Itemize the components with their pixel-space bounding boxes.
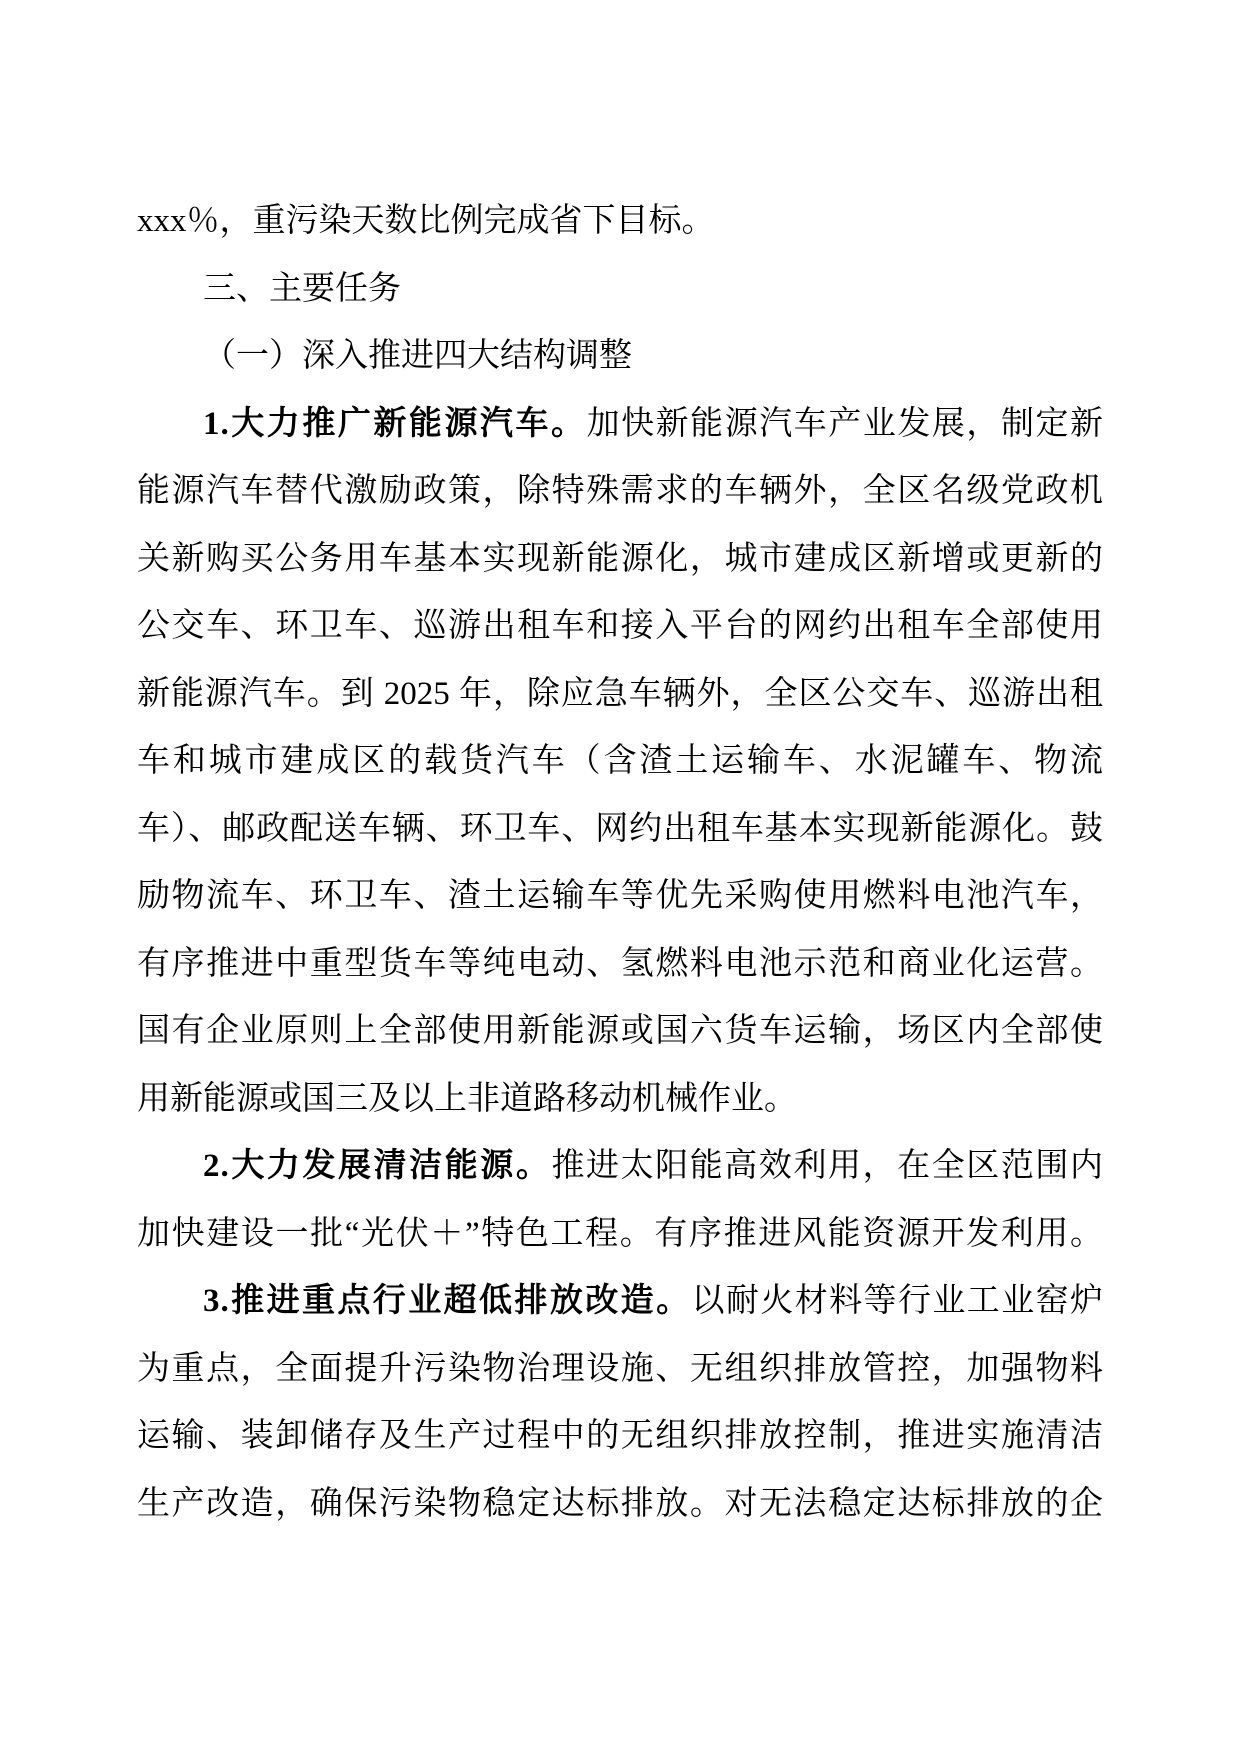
text-line: 加快建设一批“光伏＋”特色工程。有序推进风能资源开发利用。 — [137, 1201, 1103, 1269]
text-line: 国有企业原则上全部使用新能源或国六货车运输，场区内全部使 — [137, 998, 1103, 1066]
text-line: 新能源汽车。到 2025 年，除应急车辆外，全区公交车、巡游出租 — [137, 661, 1103, 729]
body-text: 能源汽车替代激励政策，除特殊需求的车辆外，全区名级党政机 — [137, 473, 1103, 509]
text-line: 公交车、环卫车、巡游出租车和接入平台的网约出租车全部使用 — [137, 593, 1103, 661]
body-text: 生产改造，确保污染物稳定达标排放。对无法稳定达标排放的企 — [137, 1486, 1103, 1522]
text-line: 车和城市建成区的载货汽车（含渣土运输车、水泥罐车、物流 — [137, 728, 1103, 796]
body-text: 国有企业原则上全部使用新能源或国六货车运输，场区内全部使 — [137, 1013, 1103, 1049]
body-text: 推进太阳能高效利用，在全区范围内 — [551, 1148, 1103, 1184]
body-text: 有序推进中重型货车等纯电动、氢燃料电池示范和商业化运营。 — [137, 946, 1103, 982]
text-line: 励物流车、环卫车、渣土运输车等优先采购使用燃料电池汽车， — [137, 863, 1103, 931]
body-text: 车和城市建成区的载货汽车（含渣土运输车、水泥罐车、物流 — [137, 743, 1103, 779]
body-text: xxx％，重污染天数比例完成省下目标。 — [137, 203, 715, 239]
body-text: 关新购买公务用车基本实现新能源化，城市建成区新增或更新的 — [137, 541, 1103, 577]
body-text: 三、主要任务 — [203, 271, 401, 307]
text-line: 车）、邮政配送车辆、环卫车、网约出租车基本实现新能源化。鼓 — [137, 796, 1103, 864]
body-text: 用新能源或国三及以上非道路移动机械作业。 — [137, 1081, 797, 1117]
body-text: 励物流车、环卫车、渣土运输车等优先采购使用燃料电池汽车， — [137, 878, 1103, 914]
text-line: 2.大力发展清洁能源。推进太阳能高效利用，在全区范围内 — [137, 1133, 1103, 1201]
text-line: 运输、装卸储存及生产过程中的无组织排放控制，推进实施清洁 — [137, 1403, 1103, 1471]
document-body: xxx％，重污染天数比例完成省下目标。 三、主要任务 （一）深入推进四大结构调整… — [137, 188, 1103, 1538]
paragraph-heading-bold: 2.大力发展清洁能源。 — [203, 1148, 551, 1184]
body-text: 车）、邮政配送车辆、环卫车、网约出租车基本实现新能源化。鼓 — [137, 811, 1103, 847]
body-text: （一）深入推进四大结构调整 — [203, 338, 632, 374]
paragraph-heading-bold: 3.推进重点行业超低排放改造。 — [203, 1283, 692, 1319]
text-line: （一）深入推进四大结构调整 — [137, 323, 1103, 391]
body-text: 加快新能源汽车产业发展，制定新 — [587, 406, 1103, 442]
text-line: 能源汽车替代激励政策，除特殊需求的车辆外，全区名级党政机 — [137, 458, 1103, 526]
body-text: 新能源汽车。到 2025 年，除应急车辆外，全区公交车、巡游出租 — [137, 676, 1103, 712]
text-line: 为重点，全面提升污染物治理设施、无组织排放管控，加强物料 — [137, 1336, 1103, 1404]
text-line: 用新能源或国三及以上非道路移动机械作业。 — [137, 1066, 1103, 1134]
body-text: 运输、装卸储存及生产过程中的无组织排放控制，推进实施清洁 — [137, 1418, 1103, 1454]
text-line: 生产改造，确保污染物稳定达标排放。对无法稳定达标排放的企 — [137, 1471, 1103, 1539]
text-line: 3.推进重点行业超低排放改造。以耐火材料等行业工业窑炉 — [137, 1268, 1103, 1336]
body-text: 为重点，全面提升污染物治理设施、无组织排放管控，加强物料 — [137, 1351, 1103, 1387]
text-line: 1.大力推广新能源汽车。加快新能源汽车产业发展，制定新 — [137, 391, 1103, 459]
body-text: 公交车、环卫车、巡游出租车和接入平台的网约出租车全部使用 — [137, 608, 1103, 644]
text-line: 三、主要任务 — [137, 256, 1103, 324]
text-line: 关新购买公务用车基本实现新能源化，城市建成区新增或更新的 — [137, 526, 1103, 594]
text-line: xxx％，重污染天数比例完成省下目标。 — [137, 188, 1103, 256]
document-page: xxx％，重污染天数比例完成省下目标。 三、主要任务 （一）深入推进四大结构调整… — [0, 0, 1240, 1753]
body-text: 加快建设一批“光伏＋”特色工程。有序推进风能资源开发利用。 — [137, 1216, 1103, 1252]
paragraph-heading-bold: 1.大力推广新能源汽车。 — [203, 406, 587, 442]
body-text: 以耐火材料等行业工业窑炉 — [692, 1283, 1104, 1319]
text-line: 有序推进中重型货车等纯电动、氢燃料电池示范和商业化运营。 — [137, 931, 1103, 999]
